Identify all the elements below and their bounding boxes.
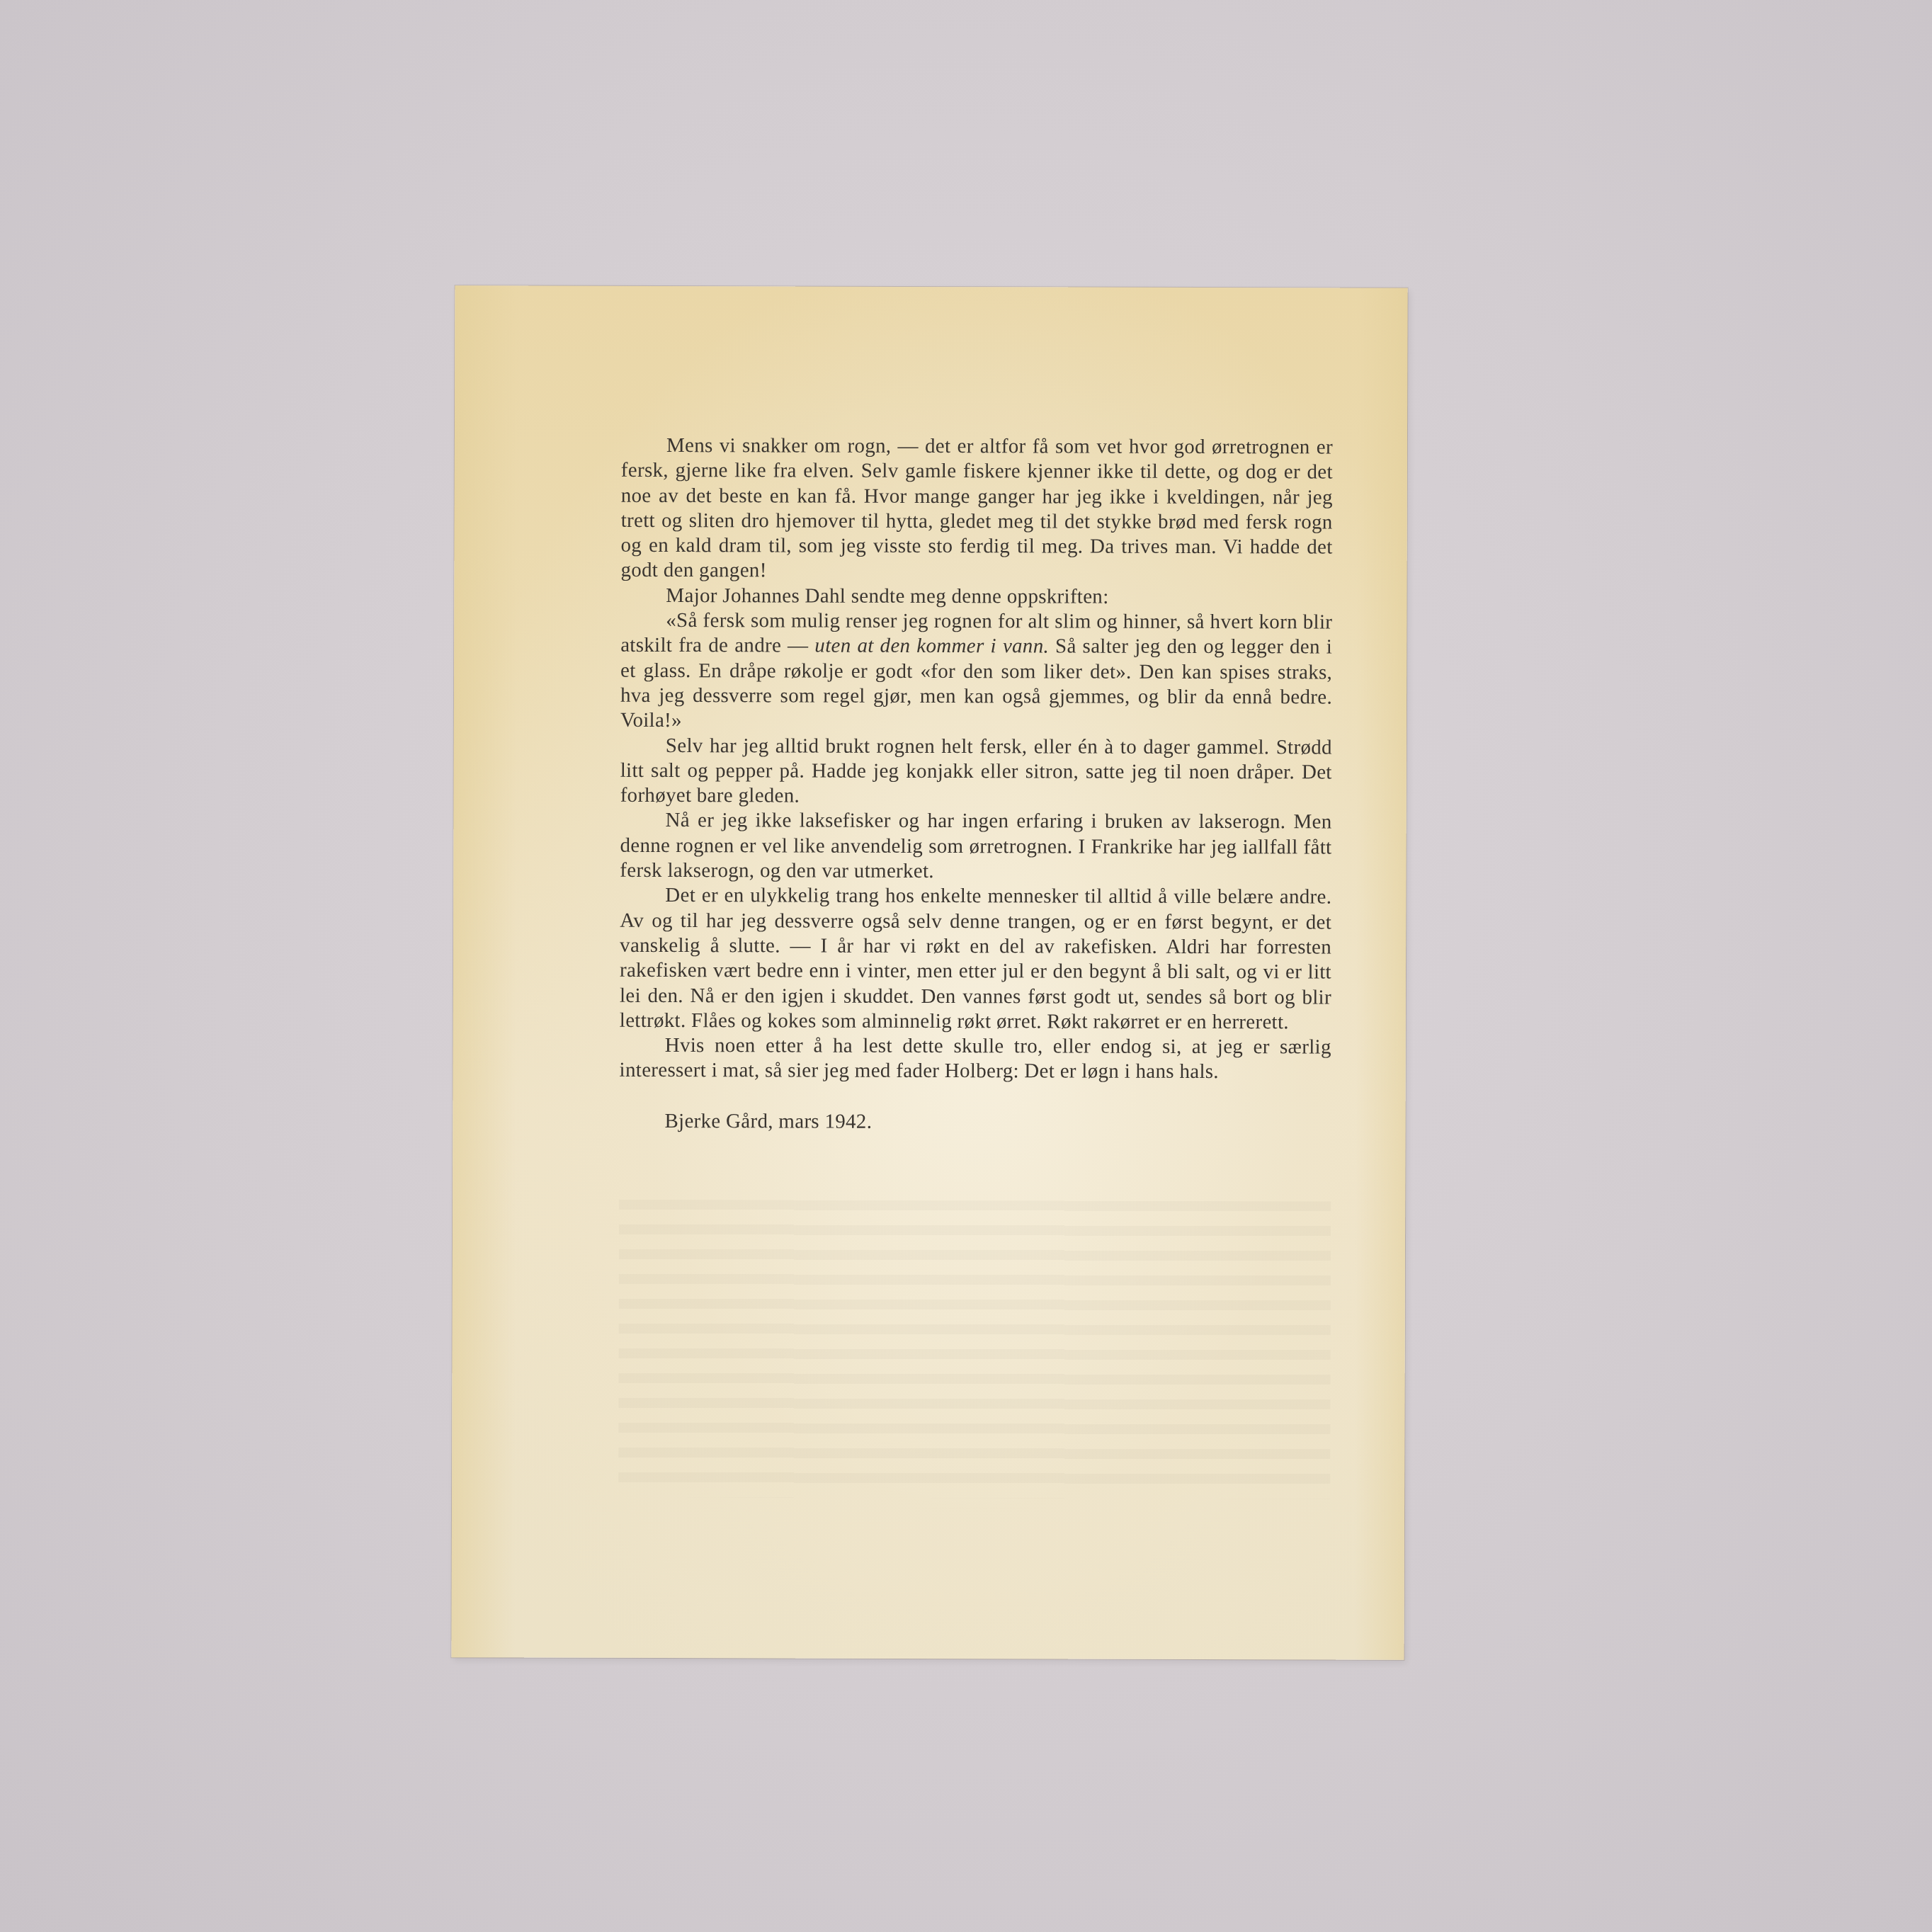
- paragraph-fresh-roe: Selv har jeg alltid brukt rognen helt fe…: [620, 733, 1332, 810]
- paragraph-rakefisk: Det er en ulykkelig trang hos enkelte me…: [620, 883, 1332, 1035]
- show-through-text: [618, 1200, 1331, 1499]
- paper-sheet: Mens vi snakker om rogn, — det er altfor…: [451, 285, 1407, 1660]
- paragraph-major-dahl: Major Johannes Dahl sendte meg denne opp…: [620, 584, 1332, 610]
- paragraph-recipe-quote: «Så fersk som mulig renser jeg rognen fo…: [620, 608, 1332, 735]
- paragraph-salmon-roe: Nå er jeg ikke laksefisker og har ingen …: [620, 808, 1331, 885]
- recipe-emphasis: uten at den kommer i vann.: [814, 635, 1049, 658]
- document-body: Mens vi snakker om rogn, — det er altfor…: [619, 433, 1333, 1136]
- paragraph-holberg: Hvis noen etter å ha lest dette skulle t…: [620, 1033, 1331, 1085]
- paragraph-roe-intro: Mens vi snakker om rogn, — det er altfor…: [620, 433, 1333, 585]
- signoff-place-date: Bjerke Gård, mars 1942.: [619, 1109, 1331, 1136]
